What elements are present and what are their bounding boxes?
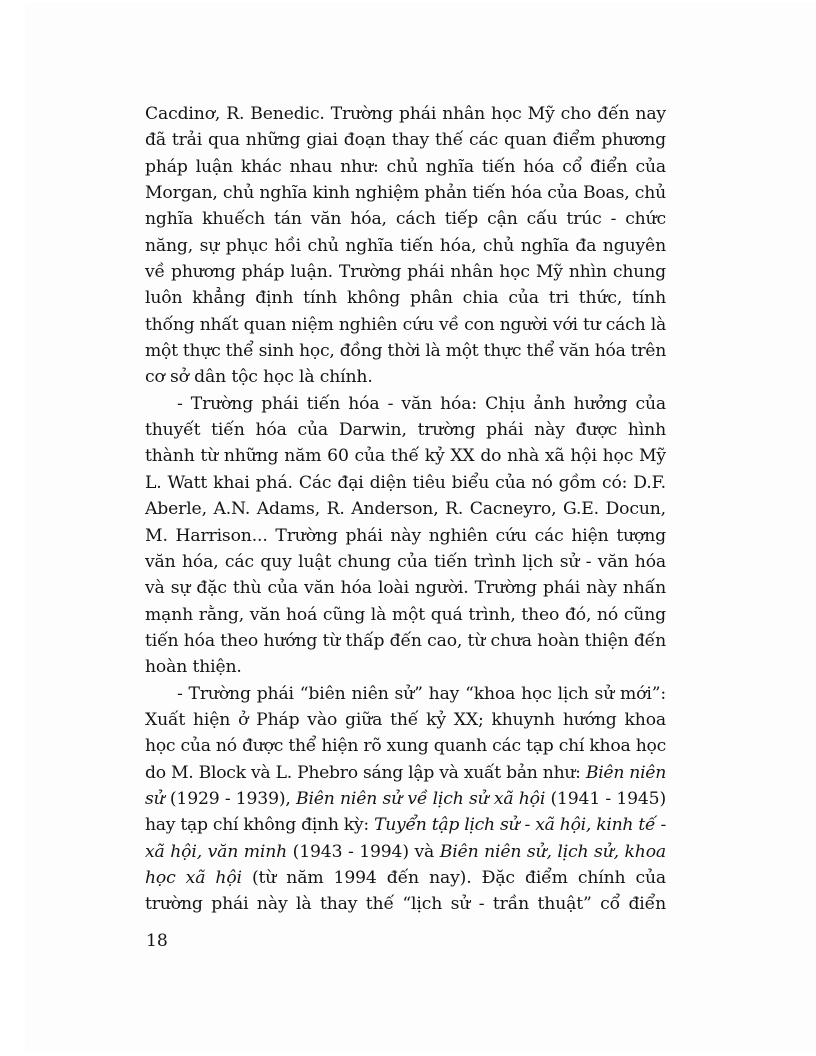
text-segment: - Trường phái tiến hóa - văn hóa: Chịu ả… xyxy=(177,394,666,414)
text-segment: đã trải qua những giai đoạn thay thế các… xyxy=(145,130,666,150)
text-line: M. Harrison... Trường phái này nghiên cứ… xyxy=(145,523,666,549)
text-segment: - Trường phái “biên niên sử” hay “khoa h… xyxy=(177,684,666,704)
text-line: hay tạp chí không định kỳ: Tuyển tập lịc… xyxy=(145,812,666,838)
text-segment: học của nó được thể hiện rõ xung quanh c… xyxy=(145,736,666,756)
text-segment: Xuất hiện ở Pháp vào giữa thế kỷ XX; khu… xyxy=(145,710,666,730)
text-line: nghĩa khuếch tán văn hóa, cách tiếp cận … xyxy=(145,206,666,232)
text-segment: (1929 - 1939), xyxy=(165,789,296,809)
paragraph: - Trường phái “biên niên sử” hay “khoa h… xyxy=(145,681,666,918)
italic-title-text: sử xyxy=(145,789,165,809)
text-line: cơ sở dân tộc học là chính. xyxy=(145,364,666,390)
text-line: L. Watt khai phá. Các đại diện tiêu biểu… xyxy=(145,470,666,496)
italic-title-text: học xã hội xyxy=(145,868,242,888)
text-line: pháp luận khác nhau như: chủ nghĩa tiến … xyxy=(145,154,666,180)
italic-title-text: xã hội, văn minh xyxy=(145,842,287,862)
text-segment: về phương pháp luận. Trường phái nhân họ… xyxy=(145,262,666,282)
page-number: 18 xyxy=(146,931,168,951)
text-line: trường phái này là thay thế “lịch sử - t… xyxy=(145,891,666,917)
text-segment: (từ năm 1994 đến nay). Đặc điểm chính củ… xyxy=(242,868,666,888)
text-line: luôn khẳng định tính không phân chia của… xyxy=(145,285,666,311)
text-segment: Morgan, chủ nghĩa kinh nghiệm phản tiến … xyxy=(145,183,666,203)
text-segment: văn hóa, các quy luật chung của tiến trì… xyxy=(145,552,666,572)
text-line: Cacdinơ, R. Benedic. Trường phái nhân họ… xyxy=(145,101,666,127)
text-segment: Aberle, A.N. Adams, R. Anderson, R. Cacn… xyxy=(145,499,666,519)
text-segment: và sự đặc thù của văn hóa loài người. Tr… xyxy=(145,578,666,598)
text-line: tiến hóa theo hướng từ thấp đến cao, từ … xyxy=(145,628,666,654)
italic-title-text: Biên niên sử, lịch sử, khoa xyxy=(440,842,666,862)
text-segment: thành từ những năm 60 của thế kỷ XX do n… xyxy=(145,446,666,466)
paragraph: - Trường phái tiến hóa - văn hóa: Chịu ả… xyxy=(145,391,666,681)
text-segment: do M. Block và L. Phebro sáng lập và xuấ… xyxy=(145,763,586,783)
text-segment: hoàn thiện. xyxy=(145,657,242,677)
text-line: và sự đặc thù của văn hóa loài người. Tr… xyxy=(145,575,666,601)
text-segment: hay tạp chí không định kỳ: xyxy=(145,815,374,835)
text-segment: trường phái này là thay thế “lịch sử - t… xyxy=(145,894,666,914)
text-segment: M. Harrison... Trường phái này nghiên cứ… xyxy=(145,526,666,546)
italic-title-text: Tuyển tập lịch sử - xã hội, kinh tế - xyxy=(374,815,666,835)
text-line: sử (1929 - 1939), Biên niên sử về lịch s… xyxy=(145,786,666,812)
paragraph: Cacdinơ, R. Benedic. Trường phái nhân họ… xyxy=(145,101,666,391)
text-line: học của nó được thể hiện rõ xung quanh c… xyxy=(145,733,666,759)
text-segment: thuyết tiến hóa của Darwin, trường phái … xyxy=(145,420,666,440)
italic-title-text: Biên niên sử về lịch sử xã hội xyxy=(296,789,545,809)
text-segment: nghĩa khuếch tán văn hóa, cách tiếp cận … xyxy=(145,209,666,229)
text-segment: (1941 - 1945) xyxy=(545,789,666,809)
text-line: văn hóa, các quy luật chung của tiến trì… xyxy=(145,549,666,575)
text-line: hoàn thiện. xyxy=(145,654,666,680)
text-segment: (1943 - 1994) và xyxy=(287,842,440,862)
text-segment: Cacdinơ, R. Benedic. Trường phái nhân họ… xyxy=(145,104,666,124)
text-line: Morgan, chủ nghĩa kinh nghiệm phản tiến … xyxy=(145,180,666,206)
body-text: Cacdinơ, R. Benedic. Trường phái nhân họ… xyxy=(145,101,666,918)
text-line: thống nhất quan niệm nghiên cứu về con n… xyxy=(145,312,666,338)
text-line: thành từ những năm 60 của thế kỷ XX do n… xyxy=(145,443,666,469)
text-segment: luôn khẳng định tính không phân chia của… xyxy=(145,288,666,308)
text-line: đã trải qua những giai đoạn thay thế các… xyxy=(145,127,666,153)
text-line: một thực thể sinh học, đồng thời là một … xyxy=(145,338,666,364)
text-segment: L. Watt khai phá. Các đại diện tiêu biểu… xyxy=(145,473,666,493)
italic-title-text: Biên niên xyxy=(586,763,666,783)
text-segment: một thực thể sinh học, đồng thời là một … xyxy=(145,341,666,361)
text-line: xã hội, văn minh (1943 - 1994) và Biên n… xyxy=(145,839,666,865)
text-line: do M. Block và L. Phebro sáng lập và xuấ… xyxy=(145,760,666,786)
text-line: mạnh rằng, văn hoá cũng là một quá trình… xyxy=(145,602,666,628)
text-line: Xuất hiện ở Pháp vào giữa thế kỷ XX; khu… xyxy=(145,707,666,733)
text-line: Aberle, A.N. Adams, R. Anderson, R. Cacn… xyxy=(145,496,666,522)
text-line: về phương pháp luận. Trường phái nhân họ… xyxy=(145,259,666,285)
text-segment: mạnh rằng, văn hoá cũng là một quá trình… xyxy=(145,605,666,625)
text-segment: pháp luận khác nhau như: chủ nghĩa tiến … xyxy=(145,157,666,177)
text-line: năng, sự phục hồi chủ nghĩa tiến hóa, ch… xyxy=(145,233,666,259)
text-line: học xã hội (từ năm 1994 đến nay). Đặc đi… xyxy=(145,865,666,891)
text-line: thuyết tiến hóa của Darwin, trường phái … xyxy=(145,417,666,443)
text-segment: năng, sự phục hồi chủ nghĩa tiến hóa, ch… xyxy=(145,236,666,256)
text-segment: cơ sở dân tộc học là chính. xyxy=(145,367,373,387)
text-line: - Trường phái “biên niên sử” hay “khoa h… xyxy=(145,681,666,707)
text-segment: thống nhất quan niệm nghiên cứu về con n… xyxy=(145,315,666,335)
text-segment: tiến hóa theo hướng từ thấp đến cao, từ … xyxy=(145,631,666,651)
text-line: - Trường phái tiến hóa - văn hóa: Chịu ả… xyxy=(145,391,666,417)
